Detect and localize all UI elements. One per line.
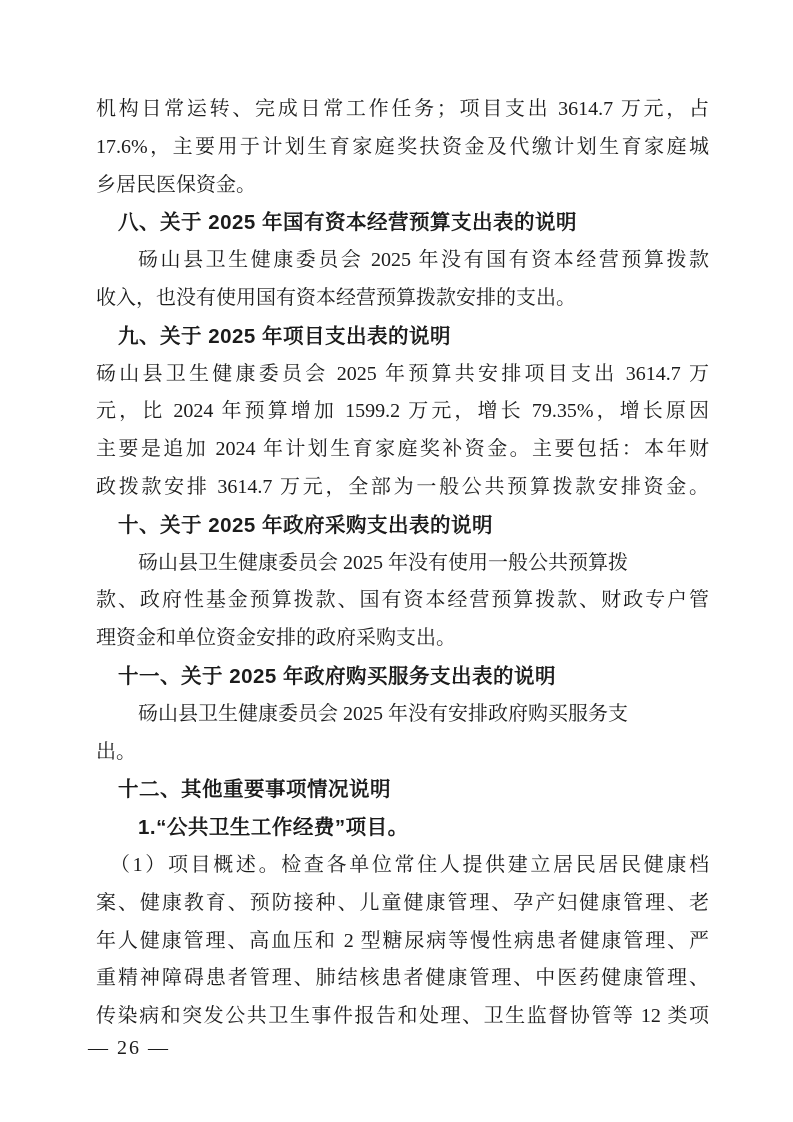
body-line: 理资金和单位资金安排的政府采购支出。 [96, 620, 709, 658]
body-line: 案、健康教育、预防接种、儿童健康管理、孕产妇健康管理、老 [96, 885, 709, 923]
body-line: 重精神障碍患者管理、肺结核患者健康管理、中医药健康管理、 [96, 960, 709, 998]
heading-section-9: 九、关于 2025 年项目支出表的说明 [96, 318, 709, 356]
body-line: 收入，也没有使用国有资本经营预算拨款安排的支出。 [96, 280, 709, 318]
page-number: — 26 — [88, 1034, 170, 1062]
body-line: 出。 [96, 734, 709, 772]
body-line: 政拨款安排 3614.7 万元，全部为一般公共预算拨款安排资金。 [96, 469, 709, 507]
heading-section-8: 八、关于 2025 年国有资本经营预算支出表的说明 [96, 204, 709, 242]
body-line: 款、政府性基金预算拨款、国有资本经营预算拨款、财政专户管 [96, 582, 709, 620]
body-line: 元，比 2024 年预算增加 1599.2 万元，增长 79.35%，增长原因 [96, 393, 709, 431]
body-line: 砀山县卫生健康委员会 2025 年预算共安排项目支出 3614.7 万 [96, 356, 709, 394]
body-line: 砀山县卫生健康委员会 2025 年没有安排政府购买服务支 [96, 696, 709, 734]
body-line: 年人健康管理、高血压和 2 型糖尿病等慢性病患者健康管理、严 [96, 923, 709, 961]
heading-section-11: 十一、关于 2025 年政府购买服务支出表的说明 [96, 658, 709, 696]
heading-section-10: 十、关于 2025 年政府采购支出表的说明 [96, 507, 709, 545]
body-line: 传染病和突发公共卫生事件报告和处理、卫生监督协管等 12 类项 [96, 998, 709, 1036]
body-line: 砀山县卫生健康委员会 2025 年没有国有资本经营预算拨款 [96, 242, 709, 280]
body-line: 乡居民医保资金。 [96, 167, 709, 205]
document-body: 机构日常运转、完成日常工作任务；项目支出 3614.7 万元，占17.6%，主要… [96, 91, 709, 1036]
body-line: 砀山县卫生健康委员会 2025 年没有使用一般公共预算拨 [96, 545, 709, 583]
body-line: 17.6%，主要用于计划生育家庭奖扶资金及代缴计划生育家庭城 [96, 129, 709, 167]
body-line: （1）项目概述。检查各单位常住人提供建立居民居民健康档 [96, 847, 709, 885]
document-page: 机构日常运转、完成日常工作任务；项目支出 3614.7 万元，占17.6%，主要… [0, 0, 793, 1122]
body-line: 主要是追加 2024 年计划生育家庭奖补资金。主要包括：本年财 [96, 431, 709, 469]
body-line: 机构日常运转、完成日常工作任务；项目支出 3614.7 万元，占 [96, 91, 709, 129]
heading-item-1: 1.“公共卫生工作经费”项目。 [96, 809, 709, 847]
heading-section-12: 十二、其他重要事项情况说明 [96, 771, 709, 809]
